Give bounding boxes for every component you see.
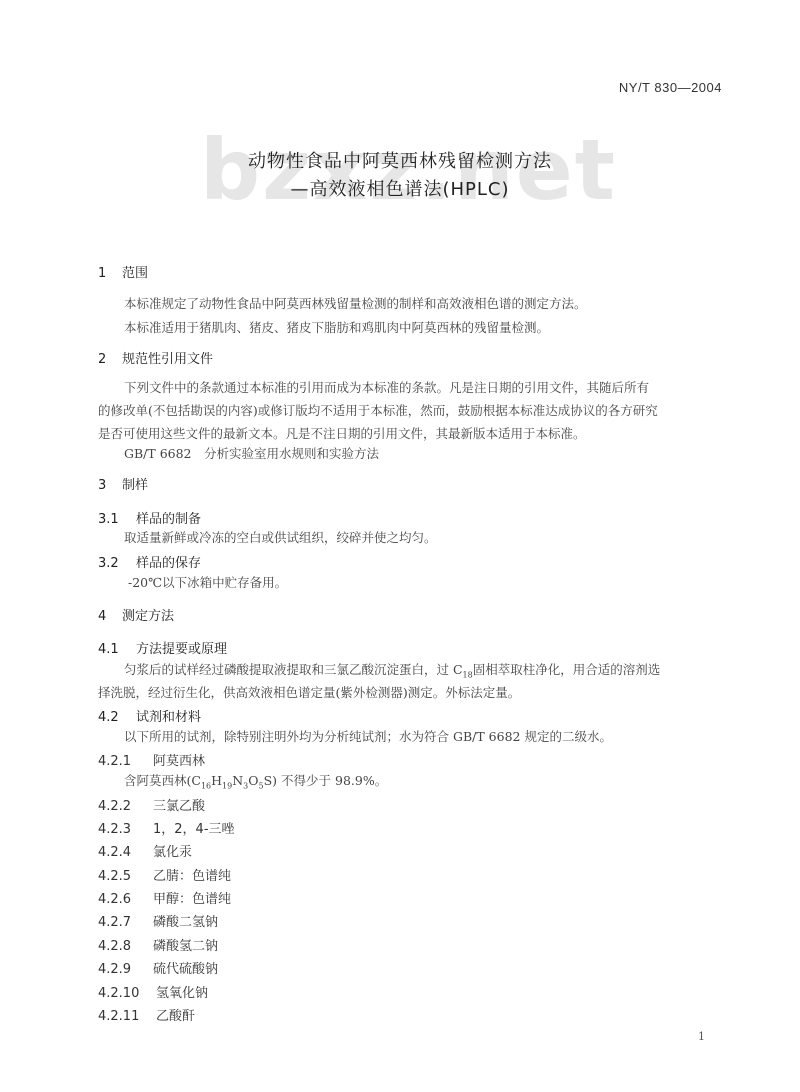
subsection-heading-4-1: 4.1方法提要或原理 [98,638,227,657]
normative-paragraph-line: 下列文件中的条款通过本标准的引用而成为本标准的条款。凡是注日期的引用文件，其随后… [124,378,649,396]
reagent-item: 4.2.5乙腈：色谱纯 [98,865,231,884]
sample-storage-text: -20℃以下冰箱中贮存备用。 [128,573,287,591]
section-heading-4: 4测定方法 [98,605,174,624]
principle-line: 匀浆后的试样经过磷酸提取液提取和三氯乙酸沉淀蛋白，过 C18固相萃取柱净化，用合… [124,660,660,680]
sample-preparation-text: 取适量新鲜或冷冻的空白或供试组织，绞碎并使之均匀。 [124,528,437,546]
subsection-heading-3-2: 3.2样品的保存 [98,552,201,571]
reagent-item: 4.2.9硫代硫酸钠 [98,958,218,977]
section-heading-1: 1范围 [98,262,148,281]
standard-code: NY/T 830—2004 [619,80,722,95]
reference-gbt6682: GB/T 6682 分析实验室用水规则和实验方法 [124,444,379,462]
document-title: 动物性食品中阿莫西林残留检测方法 [0,147,800,173]
section-heading-2: 2规范性引用文件 [98,348,213,367]
amoxicillin-purity-text: 含阿莫西林(C16H19N3O5S) 不得少于 98.9%。 [124,771,387,791]
normative-paragraph-line: 的修改单(不包括勘误的内容)或修订版均不适用于本标准，然而，鼓励根据本标准达成协… [98,401,658,419]
subsection-heading-4-2: 4.2试剂和材料 [98,706,201,725]
scope-paragraph: 本标准适用于猪肌肉、猪皮、猪皮下脂肪和鸡肌肉中阿莫西林的残留量检测。 [124,318,549,336]
reagent-item: 4.2.7磷酸二氢钠 [98,911,218,930]
reagent-item: 4.2.2三氯乙酸 [98,795,205,814]
reagents-intro-text: 以下所用的试剂，除特别注明外均为分析纯试剂；水为符合 GB/T 6682 规定的… [124,727,612,745]
page-number: 1 [698,1030,705,1043]
reagent-item: 4.2.10氢氧化钠 [98,982,208,1001]
subsection-heading-3-1: 3.1样品的制备 [98,508,201,527]
reagent-item: 4.2.6甲醇：色谱纯 [98,888,231,907]
section-heading-3: 3制样 [98,474,148,493]
reagent-item: 4.2.31，2，4-三唑 [98,818,235,837]
reagent-item: 4.2.8磷酸氢二钠 [98,935,218,954]
document-subtitle: —高效液相色谱法(HPLC) [0,175,800,201]
scope-paragraph: 本标准规定了动物性食品中阿莫西林残留量检测的制样和高效液相色谱的测定方法。 [124,294,587,312]
reagent-item: 4.2.1阿莫西林 [98,750,205,769]
principle-line: 择洗脱，经过衍生化，供高效液相色谱定量(紫外检测器)测定。外标法定量。 [98,683,520,701]
reagent-item: 4.2.4氯化汞 [98,841,192,860]
reagent-item: 4.2.11乙酸酐 [98,1005,195,1024]
normative-paragraph-line: 是否可使用这些文件的最新文本。凡是不注日期的引用文件，其最新版本适用于本标准。 [98,424,586,442]
